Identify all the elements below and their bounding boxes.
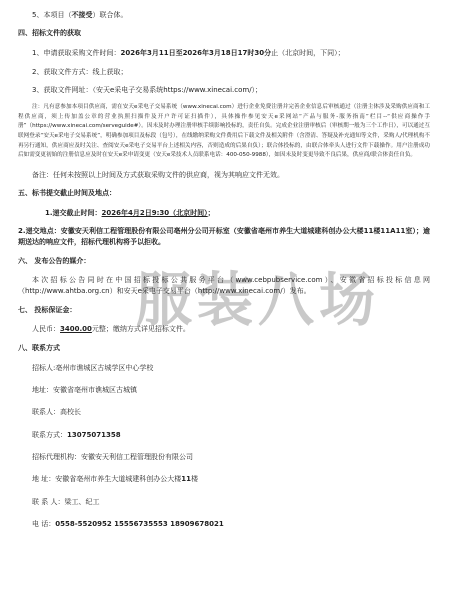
clause-joint-venture-run-1: 不接受 [71,11,92,19]
clause-joint-venture: 5、本项目（不接受）联合体。 [18,10,430,21]
s6-announcement-media-run-0: 本次招标公告同时在中国招标投标公共服务平台（www.cebpubservice.… [18,276,430,295]
contact-tenderer: 招标人:亳州市谯城区古城学区中心学校 [18,363,430,374]
contact-agency: 招标代理机构：安徽安天利信工程管理股份有限公司 [18,452,430,463]
contact-agency-person-run-0: 联 系 人：梁工、纪工 [32,498,99,506]
section-8-heading-run-0: 八、联系方式 [18,344,60,352]
s7-bid-bond: 人民币：3400.00元整；缴纳方式详见招标文件。 [18,324,430,335]
contact-tenderer-phone-run-0: 联系方式： [32,431,67,439]
contact-agency-run-0: 招标代理机构：安徽安天利信工程管理股份有限公司 [32,453,193,461]
s4-item-2-get-method: 2、获取文件方式：线上获取； [18,67,430,78]
s4-remark: 备注：任何未按照以上时间及方式获取采购文件的供应商，视为其响应文件无效。 [18,170,430,181]
s5-submit-deadline-run-2: ； [208,209,215,217]
clause-joint-venture-run-2: ）联合体。 [92,11,127,19]
s5-submit-location: 2.递交地点：安徽安天利信工程管理股份有限公司亳州分公司开标室（安徽省亳州市养生… [18,226,430,248]
s7-bid-bond-run-0: 人民币： [32,325,60,333]
contact-agency-phone-run-1: 0558-5520952 15556735553 18909678021 [55,520,224,528]
contact-agency-phone: 电 话：0558-5520952 15556735553 18909678021 [18,519,430,530]
section-7-heading-run-0: 七、 投标保证金： [18,306,76,314]
contact-agency-address-run-1: 11 [181,475,191,483]
s4-item-2-get-method-run-0: 2、获取文件方式：线上获取； [32,68,127,76]
contact-tenderer-run-0: 招标人:亳州市谯城区古城学区中心学校 [32,364,153,372]
contact-agency-address-run-2: 楼 [191,475,198,483]
contact-tenderer-person-run-0: 联系人：高校长 [32,408,81,416]
section-4-heading-run-0: 四、招标文件的获取 [18,29,81,37]
contact-tenderer-phone-run-1: 13075071358 [67,431,121,439]
s7-bid-bond-run-2: 元整；缴纳方式详见招标文件。 [92,325,190,333]
contact-agency-person: 联 系 人：梁工、纪工 [18,497,430,508]
s4-registration-note: 注：凡有意参加本项目供应商，需在安天e采电子交易系统（www.xinecai.c… [18,103,430,161]
announcement-page: 服装八场 5、本项目（不接受）联合体。四、招标文件的获取1、申请获取采购文件时间… [0,0,450,600]
section-5-heading-run-0: 五、标书提交截止时间及地点： [18,189,116,197]
s4-item-1-get-time-run-1: 2026年3月11日至2026年3月18日17时30分 [120,49,271,57]
document-body: 5、本项目（不接受）联合体。四、招标文件的获取1、申请获取采购文件时间：2026… [0,0,450,530]
section-4-heading: 四、招标文件的获取 [18,28,430,39]
contact-tenderer-address: 地址：安徽省亳州市谯城区古城镇 [18,385,430,396]
contact-tenderer-person: 联系人：高校长 [18,407,430,418]
section-6-heading-run-0: 六、 发布公告的媒介： [18,257,90,265]
s5-submit-deadline-run-0: 1.递交截止时间： [45,209,102,217]
s4-registration-note-run-0: 注：凡有意参加本项目供应商，需在安天e采电子交易系统（www.xinecai.c… [18,104,430,158]
s4-remark-run-0: 备注：任何未按照以上时间及方式获取采购文件的供应商，视为其响应文件无效。 [32,171,284,179]
s4-item-1-get-time-run-0: 1、申请获取采购文件时间： [32,49,120,57]
section-6-heading: 六、 发布公告的媒介： [18,256,430,267]
s6-announcement-media: 本次招标公告同时在中国招标投标公共服务平台（www.cebpubservice.… [18,275,430,297]
contact-agency-address: 地 址：安徽省亳州市养生大道城建科创办公大楼11楼 [18,474,430,485]
contact-agency-phone-run-0: 电 话： [32,520,55,528]
s5-submit-location-run-0: 2.递交地点：安徽安天利信工程管理股份有限公司亳州分公司开标室（安徽省亳州市养生… [18,227,430,246]
contact-agency-address-run-0: 地 址：安徽省亳州市养生大道城建科创办公大楼 [32,475,181,483]
clause-joint-venture-run-0: 5、本项目（ [32,11,71,19]
section-7-heading: 七、 投标保证金： [18,305,430,316]
s5-submit-deadline-run-1: 2026年4月2日9:30（北京时间） [102,209,208,217]
contact-tenderer-phone: 联系方式：13075071358 [18,430,430,441]
section-5-heading: 五、标书提交截止时间及地点： [18,188,430,199]
s4-item-1-get-time-run-2: 止（北京时间，下同）； [271,49,345,57]
section-8-heading: 八、联系方式 [18,343,430,354]
s4-item-3-get-url: 3、获取文件网址：（安天e采电子交易系统https://www.xinecai.… [18,85,430,96]
s4-item-3-get-url-run-0: 3、获取文件网址：（安天e采电子交易系统https://www.xinecai.… [32,86,262,94]
s5-submit-deadline: 1.递交截止时间：2026年4月2日9:30（北京时间）； [18,208,430,219]
s7-bid-bond-run-1: 3400.00 [60,325,92,333]
s4-item-1-get-time: 1、申请获取采购文件时间：2026年3月11日至2026年3月18日17时30分… [18,48,430,59]
contact-tenderer-address-run-0: 地址：安徽省亳州市谯城区古城镇 [32,386,137,394]
